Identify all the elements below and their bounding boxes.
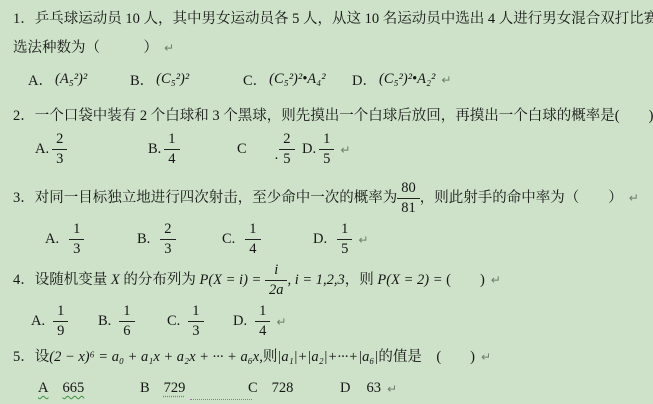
paragraph-return-icon: ↵ <box>629 188 639 208</box>
option-label: D. <box>302 141 316 158</box>
fraction-numerator: 1 <box>69 221 84 239</box>
paragraph-return-icon: ↵ <box>358 233 368 247</box>
q3-option-d: D. 15 ↵ <box>313 221 368 258</box>
index-range: , i = 1,2,3 <box>287 270 344 290</box>
fraction-numerator: 1 <box>119 303 134 321</box>
fraction-denominator: 2a <box>265 280 288 299</box>
question-5-stem: 5．设(2 − x)⁶ = a₀ + a₁x + a₂x + ··· + a₆x… <box>13 347 491 367</box>
question-2-options: A. 23 B. 14 C . 25 D. 15 ↵ <box>0 131 653 177</box>
binomial-expansion: (2 − x)⁶ = a₀ + a₁x + a₂x + ··· + a₆x, <box>49 349 263 365</box>
q1-option-c: C． (C₅²)²•A₄² <box>243 69 326 90</box>
option-fraction: 14 <box>255 303 270 340</box>
option-label: C． <box>243 69 267 90</box>
question-2-text: 2．一个口袋中装有 2 个白球和 3 个黑球，则先摸出一个白球后放回，再摸出一个… <box>13 108 653 124</box>
question-4-text-1: 4．设随机变量 <box>13 270 111 290</box>
q3-option-b: B. 23 <box>137 221 176 258</box>
fraction-denominator: 9 <box>53 321 68 340</box>
option-fraction: 15 <box>319 131 334 168</box>
option-label: C. <box>167 313 180 330</box>
variable-x: X <box>111 270 120 290</box>
option-fraction: 13 <box>69 221 84 258</box>
option-fraction: 15 <box>337 221 352 258</box>
q4-option-a: A. 19 <box>31 303 68 340</box>
fraction-numerator: 1 <box>337 221 352 239</box>
option-formula: (A₅²)² <box>55 71 87 88</box>
option-label: D. <box>313 231 327 248</box>
q4-option-b: B. 16 <box>98 303 135 340</box>
q1-option-d: D． (C₅²)²•A₂² ↵ <box>352 69 451 90</box>
fraction-denominator: 81 <box>397 198 420 217</box>
paragraph-return-icon: ↵ <box>276 315 286 329</box>
paragraph-return-icon: ↵ <box>481 350 491 364</box>
fraction-numerator: 2 <box>160 221 175 239</box>
q1-option-b: B． (C₅²)² <box>130 69 189 90</box>
stem-fraction: i2a <box>265 262 288 299</box>
question-4-stem: 4．设随机变量 X 的分布列为 P(X = i) = i2a , i = 1,2… <box>13 258 501 302</box>
fraction-numerator: 1 <box>319 131 334 149</box>
option-fraction: 16 <box>119 303 134 340</box>
fraction-denominator: 3 <box>69 239 84 258</box>
option-label: A. <box>31 313 45 330</box>
answer-blank: ( ) <box>446 270 485 290</box>
fraction-denominator: 5 <box>337 239 352 258</box>
option-value: 729 <box>164 380 186 397</box>
option-label: A <box>38 380 48 397</box>
option-label: B. <box>98 313 111 330</box>
q5-option-a: A 665 <box>38 380 84 397</box>
q2-option-a: A. 23 <box>35 131 67 168</box>
option-value: 728 <box>272 380 294 397</box>
question-4-options: A. 19 B. 16 C. 13 D. 14 ↵ <box>0 303 653 349</box>
question-5-text-2: 则 <box>263 349 278 365</box>
option-label: C. <box>222 231 235 248</box>
stem-fraction: 8081 <box>397 180 420 217</box>
q5-option-b: B 729 <box>140 380 185 397</box>
question-2-stem: 2．一个口袋中装有 2 个白球和 3 个黑球，则先摸出一个白球后放回，再摸出一个… <box>13 106 653 126</box>
question-1-blank: 选法种数为（ ） <box>13 40 158 56</box>
fraction-numerator: 1 <box>255 303 270 321</box>
option-formula: (C₅²)² <box>156 71 189 88</box>
option-label: B <box>140 380 150 397</box>
q2-option-d: D. 15 ↵ <box>302 131 350 168</box>
fraction-numerator: 1 <box>53 303 68 321</box>
option-label: A. <box>45 231 59 248</box>
option-label: C <box>237 141 247 158</box>
q5-option-d: D 63 ↵ <box>340 380 397 397</box>
q4-option-c: C. 13 <box>167 303 204 340</box>
fraction-numerator: 1 <box>164 131 179 149</box>
option-label: D. <box>233 313 247 330</box>
option-fraction: 14 <box>245 221 260 258</box>
option-label: C <box>248 380 258 397</box>
question-4-text-3: ，则 <box>345 270 378 290</box>
question-1-line-2: 选法种数为（ ）↵ <box>13 38 174 58</box>
fraction-denominator: 4 <box>255 321 270 340</box>
probability-expression: P(X = 2) = <box>377 270 446 290</box>
paragraph-return-icon: ↵ <box>387 382 397 396</box>
fraction-denominator: 6 <box>119 321 134 340</box>
option-label: D <box>340 380 350 397</box>
fraction-denominator: 4 <box>245 239 260 258</box>
q2-option-b: B. 14 <box>148 131 180 168</box>
q3-option-a: A. 13 <box>45 221 84 258</box>
abs-sum-expression: |a₁|+|a₂|+···+|a₆| <box>277 349 378 365</box>
question-3-text-after: ，则此射手的命中率为（ ） <box>420 188 623 208</box>
fraction-denominator: 3 <box>188 321 203 340</box>
question-1-options: A． (A₅²)² B． (C₅²)² C． (C₅²)²•A₄² D． (C₅… <box>0 69 653 95</box>
question-5-text-1: 5．设 <box>13 349 49 365</box>
q4-option-d: D. 14 ↵ <box>233 303 286 340</box>
option-value: 63 <box>366 380 381 397</box>
option-label: A. <box>35 141 49 158</box>
option-label: B. <box>148 141 161 158</box>
fraction-numerator: 1 <box>245 221 260 239</box>
grammar-dotted-underline <box>190 399 252 400</box>
fraction-numerator: i <box>270 262 282 280</box>
option-fraction: 14 <box>164 131 179 168</box>
option-label: A． <box>28 69 53 90</box>
fraction-numerator: 2 <box>279 131 294 149</box>
option-fraction: 23 <box>52 131 67 168</box>
fraction-denominator: 5 <box>279 149 294 168</box>
question-4-text-2: 的分布列为 <box>120 270 200 290</box>
question-3-text-before: 3．对同一目标独立地进行四次射击，至少命中一次的概率为 <box>13 188 397 208</box>
fraction-denominator: 3 <box>160 239 175 258</box>
option-fraction: 19 <box>53 303 68 340</box>
paragraph-return-icon: ↵ <box>491 270 501 290</box>
option-formula: (C₅²)²•A₄² <box>269 71 325 88</box>
q5-option-c: C 728 <box>248 380 293 397</box>
document-page: 1．乒乓球运动员 10 人，其中男女运动员各 5 人，从这 10 名运动员中选出… <box>0 0 653 404</box>
fraction-numerator: 80 <box>397 180 420 198</box>
paragraph-return-icon: ↵ <box>164 41 174 55</box>
option-fraction: 25 <box>279 131 294 168</box>
option-value: 665 <box>62 380 84 397</box>
option-label: B． <box>130 69 154 90</box>
option-fraction: 13 <box>188 303 203 340</box>
fraction-denominator: 4 <box>164 149 179 168</box>
q3-option-c: C. 14 <box>222 221 261 258</box>
question-5-text-3: 的值是 ( ) <box>378 349 475 365</box>
distribution-formula: P(X = i) = <box>199 270 264 290</box>
paragraph-return-icon: ↵ <box>441 73 451 87</box>
q1-option-a: A． (A₅²)² <box>28 69 87 90</box>
option-label: D． <box>352 69 377 90</box>
fraction-denominator: 3 <box>52 149 67 168</box>
option-fraction: 23 <box>160 221 175 258</box>
question-1-text: 1．乒乓球运动员 10 人，其中男女运动员各 5 人，从这 10 名运动员中选出… <box>13 11 653 27</box>
paragraph-return-icon: ↵ <box>340 143 350 157</box>
question-5-options: A 665 B 729 C 728 D 63 ↵ <box>0 380 653 404</box>
question-3-stem: 3．对同一目标独立地进行四次射击，至少命中一次的概率为 8081 ，则此射手的命… <box>13 177 639 219</box>
q2-option-c: C . 25 <box>237 131 295 168</box>
option-label: B. <box>137 231 150 248</box>
option-formula: (C₅²)²•A₂² <box>379 71 435 88</box>
fraction-numerator: 1 <box>188 303 203 321</box>
question-1-line-1: 1．乒乓球运动员 10 人，其中男女运动员各 5 人，从这 10 名运动员中选出… <box>13 9 653 29</box>
fraction-denominator: 5 <box>319 149 334 168</box>
fraction-numerator: 2 <box>52 131 67 149</box>
